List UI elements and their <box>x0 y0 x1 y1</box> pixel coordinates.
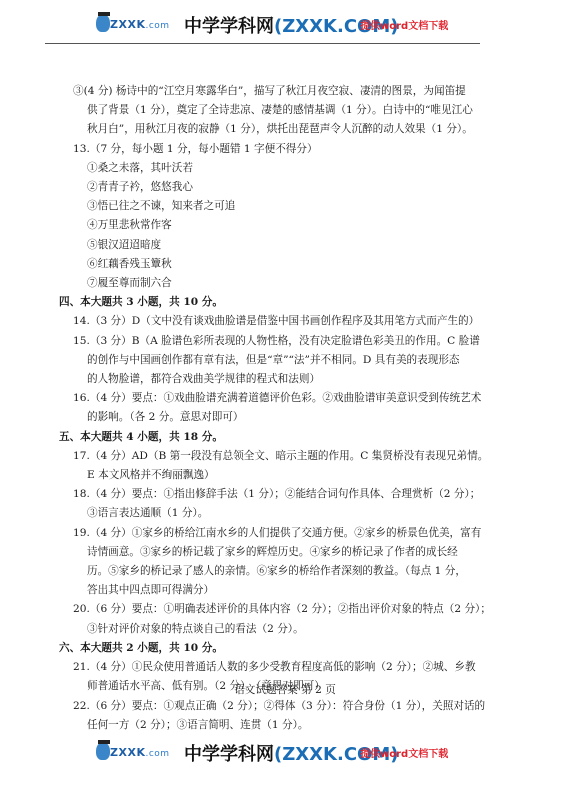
q15-line1: 15.（3 分）B（A 脸谱色彩所表现的人物性格，没有决定脸谱色彩美丑的作用。C… <box>73 332 513 351</box>
q18-line2: ③语言表达通顺（1 分）。 <box>73 504 513 523</box>
q13-header: 13.（7 分，每小题 1 分，每小题错 1 字便不得分） <box>73 140 513 159</box>
q19-line2: 诗情画意。③家乡的桥记载了家乡的辉煌历史。④家乡的桥记录了作者的成长经 <box>73 543 513 562</box>
q20-line1: 20.（6 分）要点：①明确表述评价的具体内容（2 分）；②指出评价对象的特点（… <box>73 600 513 619</box>
q22-line1: 22.（6 分）要点：①观点正确（2 分）；②得体（3 分）：符合身份（1 分）… <box>73 697 513 716</box>
q19-line4: 答出其中四点即可得满分） <box>73 581 513 600</box>
q17-line1: 17.（4 分）AD（B 第一段没有总领全文、暗示主题的作用。C 集贤桥没有表现… <box>73 447 513 466</box>
q19-line1: 19.（4 分）①家乡的桥给江南水乡的人们提供了交通方便。②家乡的桥景色优美，富… <box>73 524 513 543</box>
logo-text: ZXXK <box>110 746 145 759</box>
q12-3-line1: ③(4 分) 杨诗中的“江空月寒露华白”，描写了秋江月夜空寂、凄清的图景，为闻笛… <box>73 82 513 101</box>
logo-domain: .com <box>145 749 169 759</box>
q13-item-2: ②青青子衿，悠悠我心 <box>73 178 513 197</box>
q15-line3: 的人物脸谱，都符合戏曲美学规律的程式和法则） <box>73 370 513 389</box>
section4-title: 四、本大题共 3 小题，共 10 分。 <box>59 293 513 312</box>
download-tagline: 提供word文档下载 <box>360 745 448 760</box>
q13-item-6: ⑥红藕香残玉簟秋 <box>73 255 513 274</box>
q22-line2: 任何一方（2 分）；③语言简明、连贯（1 分）。 <box>73 716 513 735</box>
top-banner: ZXXK.com 中学学科网(ZXXK.COM) 提供word文档下载 <box>0 10 570 40</box>
zxxk-logo: ZXXK.com <box>96 14 166 36</box>
graduation-cap-icon <box>98 12 110 16</box>
download-tagline: 提供word文档下载 <box>360 17 448 32</box>
q21-line1: 21.（4 分）①民众使用普通话人数的多少受教育程度高低的影响（2 分）；②城、… <box>73 658 513 677</box>
bottom-banner: ZXXK.com 中学学科网(ZXXK.COM) 提供word文档下载 <box>0 738 570 768</box>
q16-line2: 的影响。（各 2 分。意思对即可） <box>73 408 513 427</box>
section5-title: 五、本大题共 4 小题，共 18 分。 <box>59 428 513 447</box>
q12-3-line3: 秋月白”，用秋江月夜的寂静（1 分），烘托出琵琶声令人沉醉的动人效果（1 分）。 <box>73 120 513 139</box>
site-name: 中学学科网 <box>184 744 274 765</box>
logo-domain: .com <box>145 21 169 31</box>
section6-title: 六、本大题共 2 小题，共 10 分。 <box>59 639 513 658</box>
zxxk-logo: ZXXK.com <box>96 742 166 764</box>
q17-line2: E 本文风格并不绚丽飘逸） <box>73 466 513 485</box>
q13-item-4: ④万里悲秋常作客 <box>73 216 513 235</box>
mascot-icon <box>96 14 110 32</box>
graduation-cap-icon <box>98 740 110 744</box>
answer-content: ③(4 分) 杨诗中的“江空月寒露华白”，描写了秋江月夜空寂、凄清的图景，为闻笛… <box>73 82 513 735</box>
q19-line3: 历。⑤家乡的桥记录了感人的亲情。⑥家乡的桥给作者深刻的教益。（每点 1 分， <box>73 562 513 581</box>
q20-line2: ③针对评价对象的特点谈自己的看法（2 分）。 <box>73 620 513 639</box>
site-name: 中学学科网 <box>184 16 274 37</box>
q13-item-7: ⑦履至尊而制六合 <box>73 274 513 293</box>
q14: 14.（3 分）D（文中没有谈戏曲脸谱是借鉴中国书画创作程序及其用笔方式而产生的… <box>73 312 513 331</box>
mascot-icon <box>96 742 110 760</box>
q12-3-line2: 供了背景（1 分），奠定了全诗悲凉、凄楚的感情基调（1 分）。白诗中的“唯见江心 <box>73 101 513 120</box>
header-divider <box>45 43 480 44</box>
q13-item-1: ①桑之未落，其叶沃若 <box>73 159 513 178</box>
q15-line2: 的创作与中国画创作都有章有法，但是“章”“法”并不相同。D 具有美的表现形态 <box>73 351 513 370</box>
q13-item-3: ③悟已往之不谏，知来者之可追 <box>73 197 513 216</box>
q18-line1: 18.（4 分）要点：①指出修辞手法（1 分）；②能结合词句作具体、合理赏析（2… <box>73 485 513 504</box>
q16-line1: 16.（4 分）要点：①戏曲脸谱充满着道德评价色彩。②戏曲脸谱审美意识受到传统艺… <box>73 389 513 408</box>
q13-item-5: ⑤银汉迢迢暗度 <box>73 236 513 255</box>
logo-text: ZXXK <box>110 18 145 31</box>
page-number: 语文试题答案 第 2 页 <box>0 682 570 697</box>
